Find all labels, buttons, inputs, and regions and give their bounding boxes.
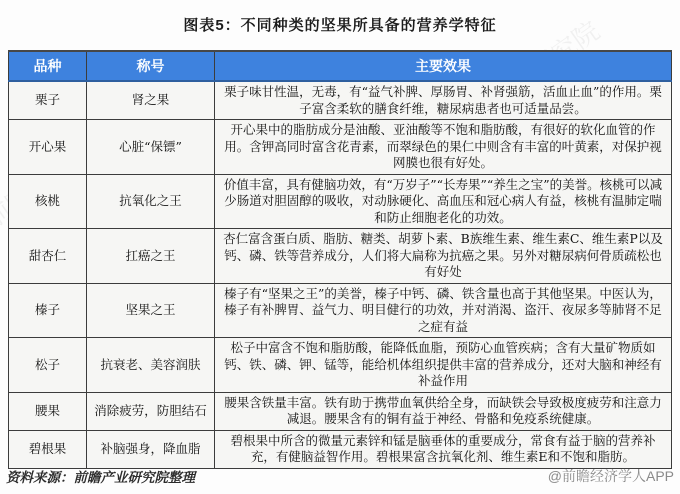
variety-cell: 腰果 <box>9 392 87 430</box>
nickname-cell: 心脏“保镖” <box>87 120 215 175</box>
data-source-label: 资料来源：前瞻产业研究院整理 <box>6 466 195 486</box>
report-figure-page: 前瞻产业研究院 前瞻产业研究院 前瞻产业研究院 图表5：不同种类的坚果所具备的营… <box>0 0 680 494</box>
effect-cell: 松子中富含不饱和脂肪酸，能降低血脂，预防心血管疾病；含有大量矿物质如钙、铁、磷、… <box>215 338 672 393</box>
table-row-walnut: 核桃 抗氧化之王 价值丰富，具有健脑功效，有“万岁子”“长寿果”“养生之宝”的美… <box>9 174 672 229</box>
app-credit-label: @前瞻经济学人APP <box>548 466 674 486</box>
table-row-hazelnut: 榛子 坚果之王 榛子有“坚果之王”的美誉，榛子中钙、磷、铁含量也高于其他坚果。中… <box>9 283 672 338</box>
variety-cell: 核桃 <box>9 174 87 229</box>
variety-cell: 开心果 <box>9 120 87 175</box>
table-row-pecan: 碧根果 补脑强身，降血脂 碧根果中所含的微量元素锌和锰是脑垂体的重要成分，常食有… <box>9 430 672 468</box>
table-header-row: 品种 称号 主要效果 <box>9 51 672 81</box>
nickname-cell: 补脑强身，降血脂 <box>87 430 215 468</box>
nickname-cell: 肾之果 <box>87 81 215 120</box>
column-header-variety: 品种 <box>9 51 87 81</box>
effect-cell: 价值丰富，具有健脑功效，有“万岁子”“长寿果”“养生之宝”的美誉。核桃可以减少肠… <box>215 174 672 229</box>
table-row-pistachio: 开心果 心脏“保镖” 开心果中的脂肪成分是油酸、亚油酸等不饱和脂肪酸，有很好的软… <box>9 120 672 175</box>
nuts-nutrition-table: 品种 称号 主要效果 栗子 肾之果 栗子味甘性温，无毒，有“益气补脾、厚肠胃、补… <box>8 50 672 469</box>
table-row-chestnut: 栗子 肾之果 栗子味甘性温，无毒，有“益气补脾、厚肠胃、补肾强筋，活血止血”的作… <box>9 81 672 120</box>
nickname-cell: 抗氧化之王 <box>87 174 215 229</box>
variety-cell: 甜杏仁 <box>9 229 87 284</box>
column-header-nickname: 称号 <box>87 51 215 81</box>
variety-cell: 碧根果 <box>9 430 87 468</box>
variety-cell: 榛子 <box>9 283 87 338</box>
effect-cell: 开心果中的脂肪成分是油酸、亚油酸等不饱和脂肪酸，有很好的软化血管的作用。含钾高同… <box>215 120 672 175</box>
nickname-cell: 抗衰老、美容润肤 <box>87 338 215 393</box>
nickname-cell: 扛癌之王 <box>87 229 215 284</box>
effect-cell: 碧根果中所含的微量元素锌和锰是脑垂体的重要成分，常食有益于脑的营养补充，有健脑益… <box>215 430 672 468</box>
variety-cell: 松子 <box>9 338 87 393</box>
nickname-cell: 消除疲劳，防胆结石 <box>87 392 215 430</box>
effect-cell: 杏仁富含蛋白质、脂肪、糖类、胡萝卜素、B族维生素、维生素C、维生素P以及钙、磷、… <box>215 229 672 284</box>
figure-title: 图表5：不同种类的坚果所具备的营养学特征 <box>0 0 680 35</box>
figure-footer: 资料来源：前瞻产业研究院整理 @前瞻经济学人APP <box>0 466 680 486</box>
column-header-effect: 主要效果 <box>215 51 672 81</box>
nickname-cell: 坚果之王 <box>87 283 215 338</box>
table-row-pine-nut: 松子 抗衰老、美容润肤 松子中富含不饱和脂肪酸，能降低血脂，预防心血管疾病；含有… <box>9 338 672 393</box>
variety-cell: 栗子 <box>9 81 87 120</box>
table-row-cashew: 腰果 消除疲劳，防胆结石 腰果含铁量丰富。铁有助于携带血氧供给全身，而缺铁会导致… <box>9 392 672 430</box>
effect-cell: 栗子味甘性温，无毒，有“益气补脾、厚肠胃、补肾强筋，活血止血”的作用。栗子富含柔… <box>215 81 672 120</box>
effect-cell: 榛子有“坚果之王”的美誉，榛子中钙、磷、铁含量也高于其他坚果。中医认为，榛子有补… <box>215 283 672 338</box>
table-row-sweet-almond: 甜杏仁 扛癌之王 杏仁富含蛋白质、脂肪、糖类、胡萝卜素、B族维生素、维生素C、维… <box>9 229 672 284</box>
effect-cell: 腰果含铁量丰富。铁有助于携带血氧供给全身，而缺铁会导致极度疲劳和注意力减退。腰果… <box>215 392 672 430</box>
